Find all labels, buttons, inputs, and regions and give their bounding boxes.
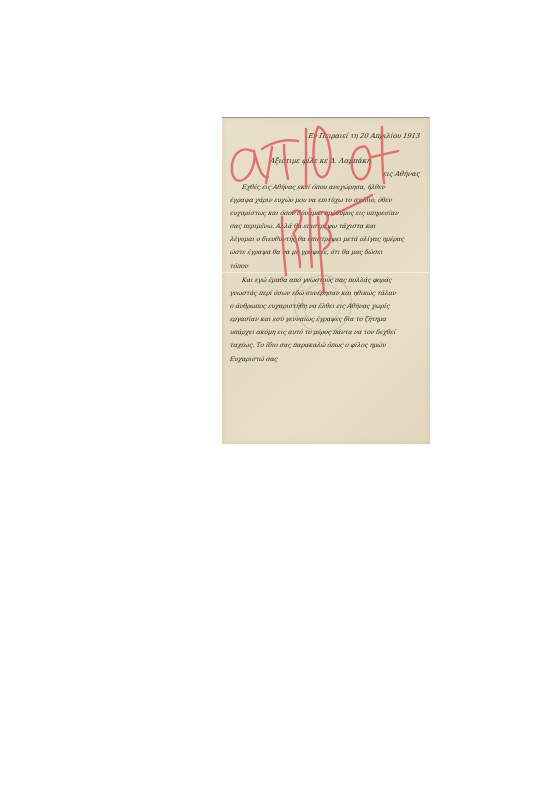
- body-line: ο άνθρωπος ευχαριστήθη να έλθει εις Αθήν…: [230, 303, 427, 310]
- body-line: σας περιμένω. Αλλά θα επιστρέψω τάχιστα …: [230, 223, 427, 230]
- body-line: ευχαρίστως και όσον δύναμαι πρόθυμος εις…: [230, 210, 427, 217]
- recipient-place-text: εις Αθήνας: [382, 170, 420, 178]
- body-line: Ευχαριστώ σας: [230, 356, 427, 363]
- letter-page: Εν Πειραιεί τη 20 Απριλίου 1913 Αξιότιμε…: [222, 117, 430, 444]
- body-line: εργασίαν και εσύ γενναίως έγραψες δια το…: [230, 316, 427, 323]
- recipient-place: εις Αθήνας: [339, 170, 420, 178]
- body-line: λέγομαι ο διευθυντής θα επιστρέψει μετά …: [230, 236, 427, 243]
- body-line: ώστε έγραψα θα να μη γράψετε, ότι θα μας…: [230, 249, 427, 256]
- dateline: Εν Πειραιεί τη 20 Απριλίου 1913: [269, 132, 420, 140]
- body-line: τόπον: [230, 263, 427, 270]
- body-line: υπάρχει ακόμη εις αυτό το μέρος πάντα να…: [230, 329, 427, 336]
- body-line: Και εγώ έμαθα από γνωστούς σας πολλάς φο…: [230, 277, 427, 284]
- body-line: γνωστάς περί όσων εδώ συνέβησαν και ηθικ…: [230, 290, 427, 297]
- salutation: Αξιότιμε φίλε κε Δ. Λαμπάκη: [269, 157, 425, 165]
- paper-fold: [222, 272, 430, 273]
- body-line: ταχέως. Το ίδιο σας παρακαλώ όπως ο φίλο…: [230, 342, 427, 349]
- body-line: έγραψα χάριν ευχών μου να επιτύχω το σχέ…: [230, 197, 427, 204]
- body-line: Εχθές εις Αθήνας εκεί όπου ανεχώρησα, ήλ…: [230, 184, 427, 191]
